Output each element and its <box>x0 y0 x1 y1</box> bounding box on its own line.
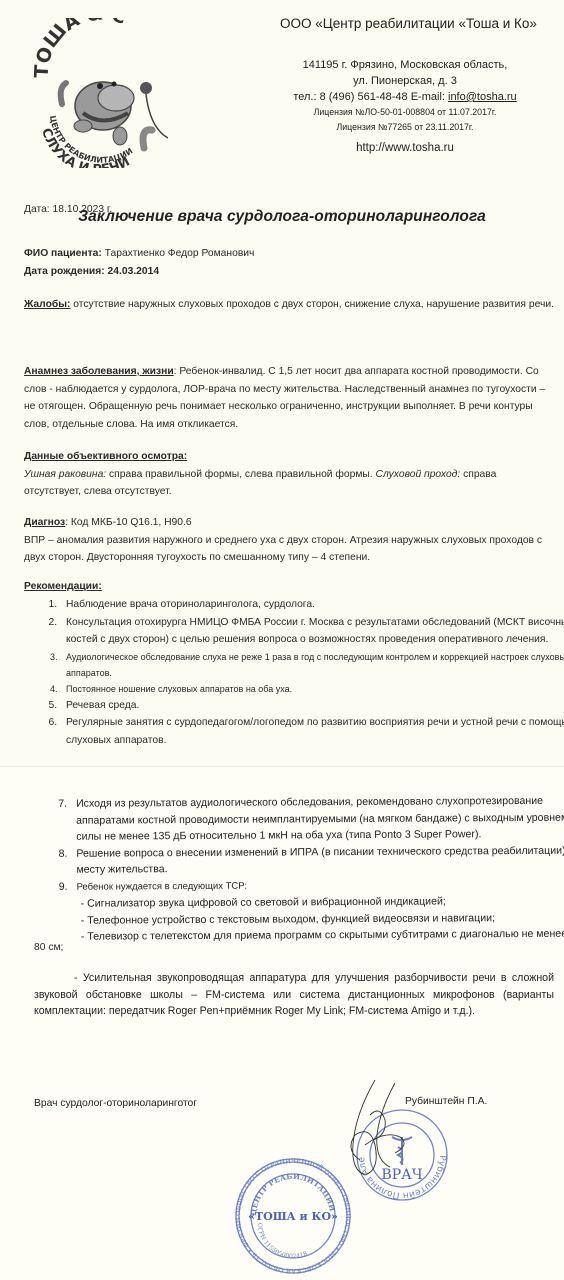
patient-info: ФИО пациента: Тарахтиенко Федор Романови… <box>24 245 554 280</box>
recommendation-item: Регулярные занятия с сурдопедагогом/лого… <box>60 714 564 749</box>
amplifier-paragraph: - Усилительная звукопроводящая аппаратур… <box>34 970 554 1020</box>
recommendation-item: Постоянное ношение слуховых аппаратов на… <box>60 681 564 697</box>
contact-line: тел.: 8 (496) 561-48-48 E-mail: info@tos… <box>270 89 540 105</box>
org-stamp-ogrn: ОГРН 1155050002418 <box>256 1223 309 1260</box>
recommendation-item: Аудиологическое обследование слуха не ре… <box>60 649 564 681</box>
recommendation-item: Ребенок нуждается в следующих ТСР: - Сиг… <box>71 875 564 945</box>
logo-brand: ТОША & C <box>31 18 129 78</box>
org-stamp-center: «ТОША и КО» <box>248 1210 338 1223</box>
diagnosis-section: Диагноз: Код МКБ-10 Q16.1, H90.6 ВПР – а… <box>24 514 554 567</box>
exam-section: Данные объективного осмотра: Ушная раков… <box>24 448 554 501</box>
signature-icon <box>335 1075 425 1185</box>
tcp-item: - Телевизор с телетекстом для приема про… <box>77 926 564 946</box>
recommendation-item: Решение вопроса о внесении изменений в И… <box>70 842 564 878</box>
patient-label: ФИО пациента: <box>24 248 102 259</box>
email-link[interactable]: info@tosha.ru <box>448 91 517 103</box>
diagnosis-code: : Код МКБ-10 Q16.1, H90.6 <box>65 517 191 528</box>
recommendation-item: Консультация отохирурга НМИЦО ФМБА Росси… <box>60 614 564 649</box>
tcp-intro: Ребенок нуждается в следующих ТСР: <box>77 880 248 892</box>
address-line-2: ул. Пионерская, д. 3 <box>270 73 540 89</box>
recommendation-item: Исходя из результатов аудиологического о… <box>70 793 564 846</box>
organization-name: ООО «Центр реабилитации «Тоша и Ко» <box>280 16 564 31</box>
exam-label: Данные объективного осмотра: <box>24 448 554 466</box>
recommendations-label: Рекомендации: <box>24 578 554 596</box>
auricle-label: Ушная раковина: <box>24 469 106 480</box>
complaints-text: отсутствие наружных слуховых проходов с … <box>70 299 554 310</box>
tosha-logo-icon: ТОША & C ЦЕНТР РЕАБИЛИТАЦИИ СЛУХА И РЕЧИ <box>28 18 168 168</box>
diagnosis-text: ВПР – аномалия развития наружного и сред… <box>24 532 554 567</box>
tcp-list: - Сигнализатор звука цифровой со светово… <box>77 893 564 946</box>
document-title: Заключение врача сурдолога-оториноларинг… <box>0 208 564 226</box>
complaints-section: Жалобы: отсутствие наружных слуховых про… <box>24 296 554 314</box>
auricle-text: справа правильной формы, слева правильно… <box>106 469 375 480</box>
signature-role: Врач сурдолог-оториноларинготог <box>34 1098 197 1109</box>
complaints-label: Жалобы: <box>24 299 70 310</box>
address-line-1: 141195 г. Фрязино, Московская область, <box>270 57 540 73</box>
license-2: Лицензия №77265 от 23.11.2017г. <box>270 120 540 135</box>
anamnesis-section: Анамнез заболевания, жизни: Ребенок-инва… <box>24 363 554 433</box>
recommendations-list: Наблюдение врача оториноларинголога, сур… <box>22 596 564 749</box>
anamnesis-label: Анамнез заболевания, жизни <box>24 366 174 377</box>
canal-label: Слуховой проход: <box>376 469 461 480</box>
recommendation-item: Речевая среда. <box>60 697 564 715</box>
birth-date: Дата рождения: 24.03.2014 <box>24 263 554 281</box>
recommendation-item: Наблюдение врача оториноларинголога, сур… <box>60 596 564 614</box>
tcp-item-wrap: 80 см; <box>34 942 63 953</box>
patient-name: Тарахтиенко Федор Романович <box>102 248 255 259</box>
svg-text:ОГРН 1155050002418: ОГРН 1155050002418 <box>256 1223 309 1260</box>
recommendations-list-continued: Исходя из результатов аудиологического о… <box>30 793 564 946</box>
license-1: Лицензия №ЛО-50-01-008804 от 11.07.2017г… <box>270 105 540 120</box>
website-link[interactable]: http://www.tosha.ru <box>270 142 540 154</box>
phone-label: тел.: 8 (496) 561-48-48 E-mail: <box>293 91 448 103</box>
diagnosis-label: Диагноз <box>24 517 65 528</box>
svg-text:ТОША & C: ТОША & C <box>31 18 129 78</box>
organization-address: 141195 г. Фрязино, Московская область, у… <box>270 57 540 135</box>
